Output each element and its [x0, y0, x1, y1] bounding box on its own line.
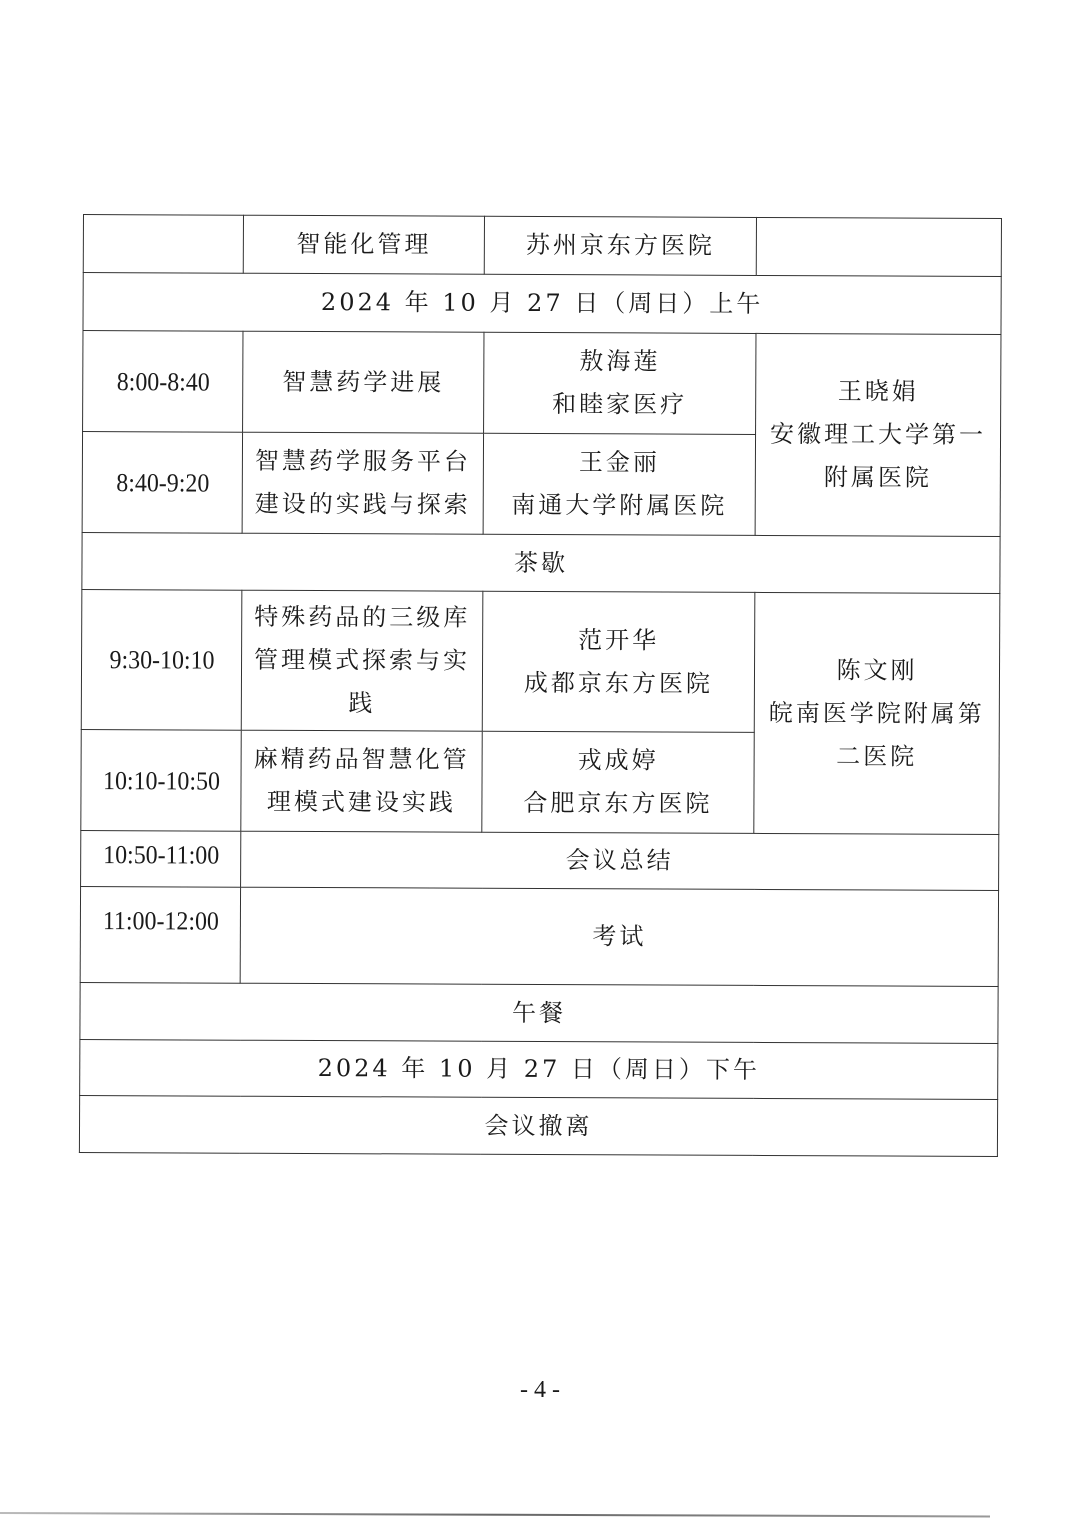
host-name: 陈文刚: [761, 648, 993, 692]
summary-row: 10:50-11:00 会议总结: [81, 830, 999, 890]
topic-cell: 麻精药品智慧化管 理模式建设实践: [241, 730, 482, 832]
speaker-cell: 苏州京东方医院: [484, 216, 756, 275]
speaker-cell: 范开华 成都京东方医院: [482, 591, 755, 732]
time-cell: 8:00-8:40: [89, 331, 237, 433]
footer-divider: [0, 1512, 990, 1517]
host-org-line: 附属医院: [762, 456, 994, 500]
speaker-name: 范开华: [489, 618, 748, 662]
page-number: - 4 -: [0, 1377, 1080, 1404]
speaker-org: 成都京东方医院: [489, 661, 748, 705]
exam-label: 考试: [240, 887, 998, 986]
speaker-org: 南通大学附属医院: [490, 484, 749, 528]
conference-schedule-table: 智能化管理 苏州京东方医院 2024 年 10 月 27 日（周日）上午 8:0…: [79, 214, 1002, 1157]
topic-line: 麻精药品智慧化管: [248, 738, 476, 782]
session-row: 8:00-8:40 智慧药学进展 敖海莲 和睦家医疗 王晓娟 安徽理工大学第一 …: [83, 331, 1001, 436]
time-cell: 11:00-12:00: [87, 887, 235, 984]
summary-label: 会议总结: [241, 831, 999, 890]
topic-line: 智慧药学服务平台: [249, 440, 477, 484]
session-row: 9:30-10:10 特殊药品的三级库 管理模式探索与实 践 范开华 成都京东方…: [81, 589, 1000, 733]
time-cell: 8:40-9:20: [89, 432, 237, 534]
topic-line: 管理模式探索与实: [248, 639, 476, 683]
speaker-name: 敖海莲: [490, 340, 749, 384]
afternoon-date-row: 2024 年 10 月 27 日（周日）下午: [80, 1039, 998, 1099]
time-cell: 10:10-10:50: [87, 730, 235, 832]
topic-cell: 智慧药学进展: [243, 331, 484, 433]
morning-date-header: 2024 年 10 月 27 日（周日）上午: [83, 273, 1001, 335]
time-cell: [83, 215, 243, 274]
departure-label: 会议撤离: [79, 1095, 997, 1156]
time-cell: 9:30-10:10: [88, 590, 236, 731]
topic-line: 特殊药品的三级库: [248, 596, 476, 640]
host-cell: [756, 217, 1001, 276]
topic-line: 践: [248, 682, 476, 726]
host-name: 王晓娟: [762, 370, 994, 414]
topic-line: 智慧药学进展: [249, 360, 477, 404]
tea-break-row: 茶歇: [82, 532, 1000, 593]
topic-cell: 智慧药学服务平台 建设的实践与探索: [242, 432, 483, 534]
afternoon-date-header: 2024 年 10 月 27 日（周日）下午: [80, 1039, 998, 1099]
exam-row: 11:00-12:00 考试: [80, 886, 998, 986]
speaker-org: 合肥京东方医院: [488, 782, 747, 826]
topic-line: 理模式建设实践: [247, 781, 475, 825]
topic-line: 建设的实践与探索: [249, 483, 477, 527]
tea-break-label: 茶歇: [82, 532, 1000, 593]
topic-cell: 特殊药品的三级库 管理模式探索与实 践: [241, 590, 483, 731]
host-org-line: 二医院: [761, 734, 993, 778]
time-cell: 10:50-11:00: [87, 831, 234, 888]
speaker-name: 戎成婷: [489, 739, 748, 783]
speaker-cell: 敖海莲 和睦家医疗: [484, 332, 756, 434]
host-org-line: 安徽理工大学第一: [762, 413, 994, 457]
carryover-row: 智能化管理 苏州京东方医院: [83, 215, 1001, 277]
topic-cell: 智能化管理: [243, 215, 484, 274]
host-cell: 陈文刚 皖南医学院附属第 二医院: [754, 592, 1000, 834]
departure-row: 会议撤离: [79, 1095, 997, 1156]
speaker-name: 王金丽: [490, 441, 749, 485]
morning-date-row: 2024 年 10 月 27 日（周日）上午: [83, 273, 1001, 335]
speaker-cell: 王金丽 南通大学附属医院: [483, 433, 755, 535]
lunch-label: 午餐: [80, 982, 998, 1043]
lunch-row: 午餐: [80, 982, 998, 1043]
speaker-cell: 戎成婷 合肥京东方医院: [482, 731, 754, 833]
host-cell: 王晓娟 安徽理工大学第一 附属医院: [755, 333, 1001, 536]
host-org-line: 皖南医学院附属第: [761, 691, 993, 735]
speaker-org: 和睦家医疗: [490, 383, 749, 427]
